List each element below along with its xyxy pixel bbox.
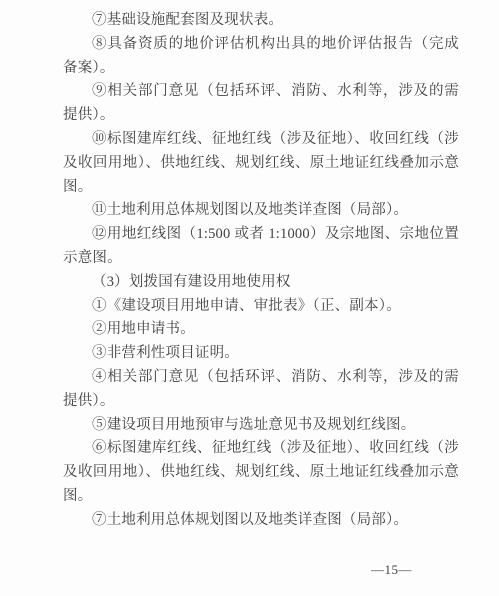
list-item-7b: ⑦土地利用总体规划图以及地类详查图（局部）。 <box>63 509 459 533</box>
page-number: —15— <box>371 562 412 578</box>
document-page: ⑦基础设施配套图及现状表。 ⑧具备资质的地价评估机构出具的地价评估报告（完成备案… <box>0 0 499 596</box>
list-item-2: ②用地申请书。 <box>63 318 459 342</box>
list-item-12: ⑫用地红线图（1:500 或者 1:1000）及宗地图、宗地位置示意图。 <box>63 223 459 271</box>
document-body: ⑦基础设施配套图及现状表。 ⑧具备资质的地价评估机构出具的地价评估报告（完成备案… <box>63 9 459 533</box>
section-heading-3: （3）划拨国有建设用地使用权 <box>63 271 459 295</box>
list-item-4: ④相关部门意见（包括环评、消防、水利等，涉及的需提供）。 <box>63 366 459 414</box>
list-item-11: ⑪土地利用总体规划图以及地类详查图（局部）。 <box>63 199 459 223</box>
list-item-5: ⑤建设项目用地预审与选址意见书及规划红线图。 <box>63 414 459 438</box>
list-item-7: ⑦基础设施配套图及现状表。 <box>63 9 459 33</box>
list-item-10: ⑩标图建库红线、征地红线（涉及征地）、收回红线（涉及收回用地）、供地红线、规划红… <box>63 128 459 199</box>
list-item-6: ⑥标图建库红线、征地红线（涉及征地）、收回红线（涉及收回用地）、供地红线、规划红… <box>63 437 459 508</box>
list-item-3: ③非营利性项目证明。 <box>63 342 459 366</box>
list-item-1: ①《建设项目用地申请、审批表》（正、副本）。 <box>63 295 459 319</box>
list-item-9: ⑨相关部门意见（包括环评、消防、水利等，涉及的需提供）。 <box>63 80 459 128</box>
list-item-8: ⑧具备资质的地价评估机构出具的地价评估报告（完成备案）。 <box>63 33 459 81</box>
